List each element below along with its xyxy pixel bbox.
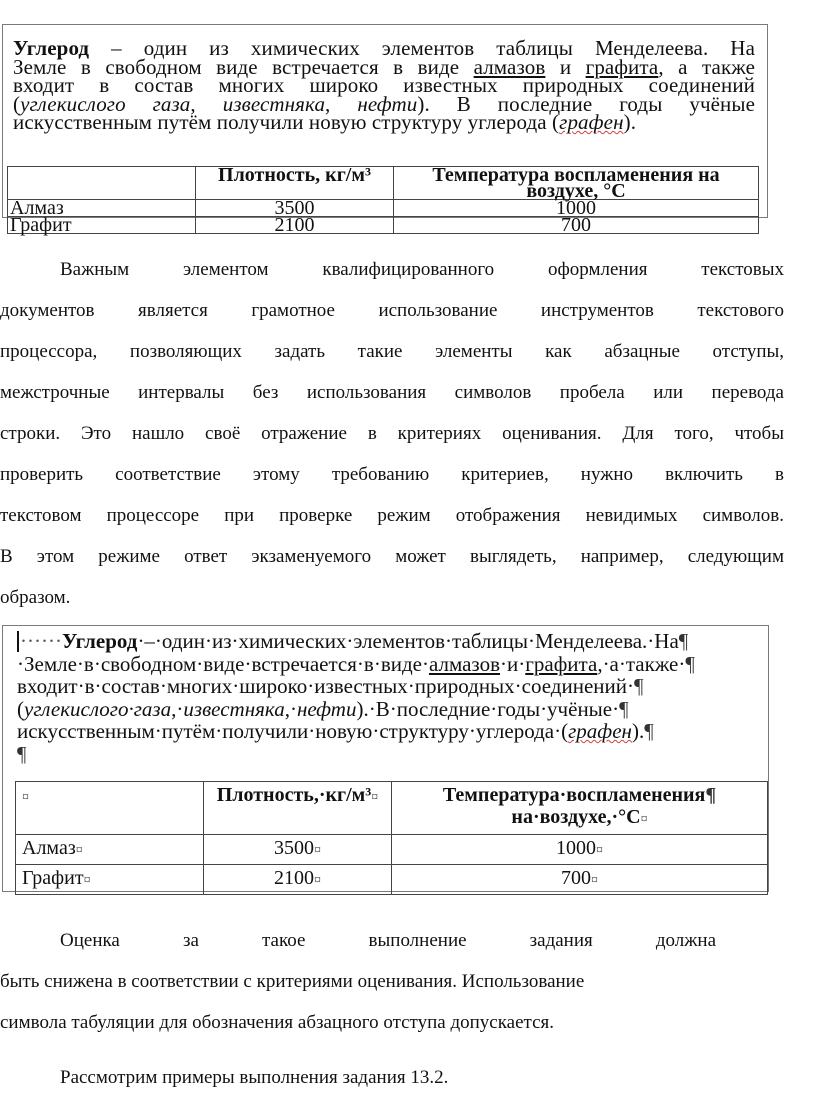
cell-density: 2100¤ <box>204 865 392 895</box>
paragraph-mark: ¶ <box>685 652 695 676</box>
cell-end-mark: ¤ <box>84 873 91 888</box>
spellcheck-flagged-term: графен <box>559 110 623 134</box>
italic-term: нефти <box>297 697 357 721</box>
body-paragraph-grading: Оценка за такое выполнение задания должн… <box>0 920 716 1043</box>
table-row: Графит¤ 2100¤ 700¤ <box>16 865 768 895</box>
cell-end-mark: ¤ <box>596 843 603 858</box>
cell-ignition-temp: 1000¤ <box>392 835 768 865</box>
table-header-row: ¤ Плотность,·кг/м³¤ Температура·воспламе… <box>16 782 768 835</box>
paragraph-mark: ¶ <box>619 697 629 721</box>
header-cell-ignition-temp: Температура·воспламенения¶на·воздухе,·°С… <box>392 782 768 835</box>
figure-original-excerpt: Углерод – один из химических элементов т… <box>2 24 768 218</box>
underlined-term: графита <box>525 652 597 676</box>
cell-ignition-temp: 700 <box>394 217 759 234</box>
italic-term: углекислого·газа <box>24 697 171 721</box>
text-run: искусственным путём получили новую струк… <box>13 110 559 134</box>
text-run: искусственным·путём·получили·новую·струк… <box>17 719 568 743</box>
excerpt-line: искусственным·путём·получили·новую·струк… <box>17 720 737 743</box>
excerpt-paragraph-with-marks: ······Углерод·–·один·из·химических·элеме… <box>17 630 737 765</box>
text-run: ·Земле·в·свободном·виде·встречается·в·ви… <box>17 652 429 676</box>
text-run: ,·а·также· <box>597 652 685 676</box>
paragraph-mark: ¶ <box>634 674 644 698</box>
excerpt-line: входит·в·состав·многих·широко·известных·… <box>17 675 737 698</box>
cell-end-mark: ¤ <box>314 843 321 858</box>
body-paragraph-examples: Рассмотрим примеры выполнения задания 13… <box>0 1057 784 1098</box>
cell-substance: Алмаз¤ <box>16 835 204 865</box>
text-line: строки. Это нашло своё отражение в крите… <box>0 413 784 454</box>
excerpt-line: ·Земле·в·свободном·виде·встречается·в·ви… <box>17 653 737 676</box>
text-line: быть снижена в соответствии с критериями… <box>0 961 716 1002</box>
cell-ignition-temp: 700¤ <box>392 865 768 895</box>
body-paragraph-formatting: Важным элементом квалифицированного офор… <box>0 249 784 618</box>
paragraph-mark: ¶ <box>17 742 27 766</box>
cell-end-mark: ¤ <box>591 873 598 888</box>
cell-end-mark: ¤ <box>22 790 29 805</box>
carbon-properties-table-with-marks: ¤ Плотность,·кг/м³¤ Температура·воспламе… <box>15 781 768 895</box>
cell-substance: Графит <box>8 217 196 234</box>
figure-formatting-marks-excerpt: ······Углерод·–·один·из·химических·элеме… <box>2 625 769 892</box>
text-run: ). <box>624 110 636 134</box>
text-line: документов является грамотное использова… <box>0 290 784 331</box>
header-cell-substance <box>8 167 196 200</box>
table-row: Алмаз¤ 3500¤ 1000¤ <box>16 835 768 865</box>
text-line: проверить соответствие этому требованию … <box>0 454 784 495</box>
cell-density: 2100 <box>196 217 394 234</box>
text-line: текстовом процессоре при проверке режим … <box>0 495 784 536</box>
paragraph-mark: ¶ <box>679 629 689 653</box>
table-row: Алмаз 3500 1000 <box>8 200 759 217</box>
bold-term: Углерод <box>62 629 137 653</box>
text-run: ,· <box>285 697 297 721</box>
header-cell-substance: ¤ <box>16 782 204 835</box>
text-run: ·–·один·из·химических·элементов·таблицы·… <box>137 629 678 653</box>
excerpt-line: искусственным путём получили новую струк… <box>13 113 755 132</box>
text-line: образом. <box>0 577 784 618</box>
text-line: межстрочные интервалы без использования … <box>0 372 784 413</box>
text-line: Рассмотрим примеры выполнения задания 13… <box>0 1057 784 1098</box>
text-run: ,· <box>171 697 183 721</box>
underlined-term: алмазов <box>429 652 500 676</box>
cell-end-mark: ¤ <box>641 812 648 827</box>
paragraph-mark: ¶ <box>705 784 716 806</box>
text-line: В этом режиме ответ экзаменуемого может … <box>0 536 784 577</box>
table-row: Графит 2100 700 <box>8 217 759 234</box>
cell-substance: Графит¤ <box>16 865 204 895</box>
text-line: Оценка за такое выполнение задания должн… <box>0 920 716 961</box>
excerpt-line: ¶ <box>17 743 737 766</box>
tab-space-marks: ······ <box>20 629 62 653</box>
text-line: процессора, позволяющих задать такие эле… <box>0 331 784 372</box>
header-cell-ignition-temp: Температура воспламенения на воздухе, °С <box>394 167 759 200</box>
carbon-properties-table: Плотность, кг/м³ Температура воспламенен… <box>7 166 759 234</box>
header-cell-density: Плотность,·кг/м³¤ <box>204 782 392 835</box>
text-run: ( <box>17 697 24 721</box>
text-run: ). <box>632 719 644 743</box>
text-line: символа табуляции для обозначения абзацн… <box>0 1002 716 1043</box>
excerpt-paragraph: Углерод – один из химических элементов т… <box>13 39 755 132</box>
spellcheck-flagged-term: графен <box>568 719 632 743</box>
italic-term: известняка <box>183 697 284 721</box>
header-cell-density: Плотность, кг/м³ <box>196 167 394 200</box>
text-cursor <box>17 631 19 652</box>
excerpt-line: (углекислого·газа,·известняка,·нефти).·В… <box>17 698 737 721</box>
text-run: входит·в·состав·многих·широко·известных·… <box>17 674 634 698</box>
table-header-row: Плотность, кг/м³ Температура воспламенен… <box>8 167 759 200</box>
cell-density: 3500¤ <box>204 835 392 865</box>
cell-end-mark: ¤ <box>314 873 321 888</box>
text-run: ·и· <box>500 652 525 676</box>
excerpt-line: ······Углерод·–·один·из·химических·элеме… <box>17 630 737 653</box>
text-line: Важным элементом квалифицированного офор… <box>0 249 784 290</box>
text-run: ).·В·последние·годы·учёные· <box>356 697 619 721</box>
paragraph-mark: ¶ <box>644 719 654 743</box>
cell-end-mark: ¤ <box>76 843 83 858</box>
cell-end-mark: ¤ <box>371 790 378 805</box>
